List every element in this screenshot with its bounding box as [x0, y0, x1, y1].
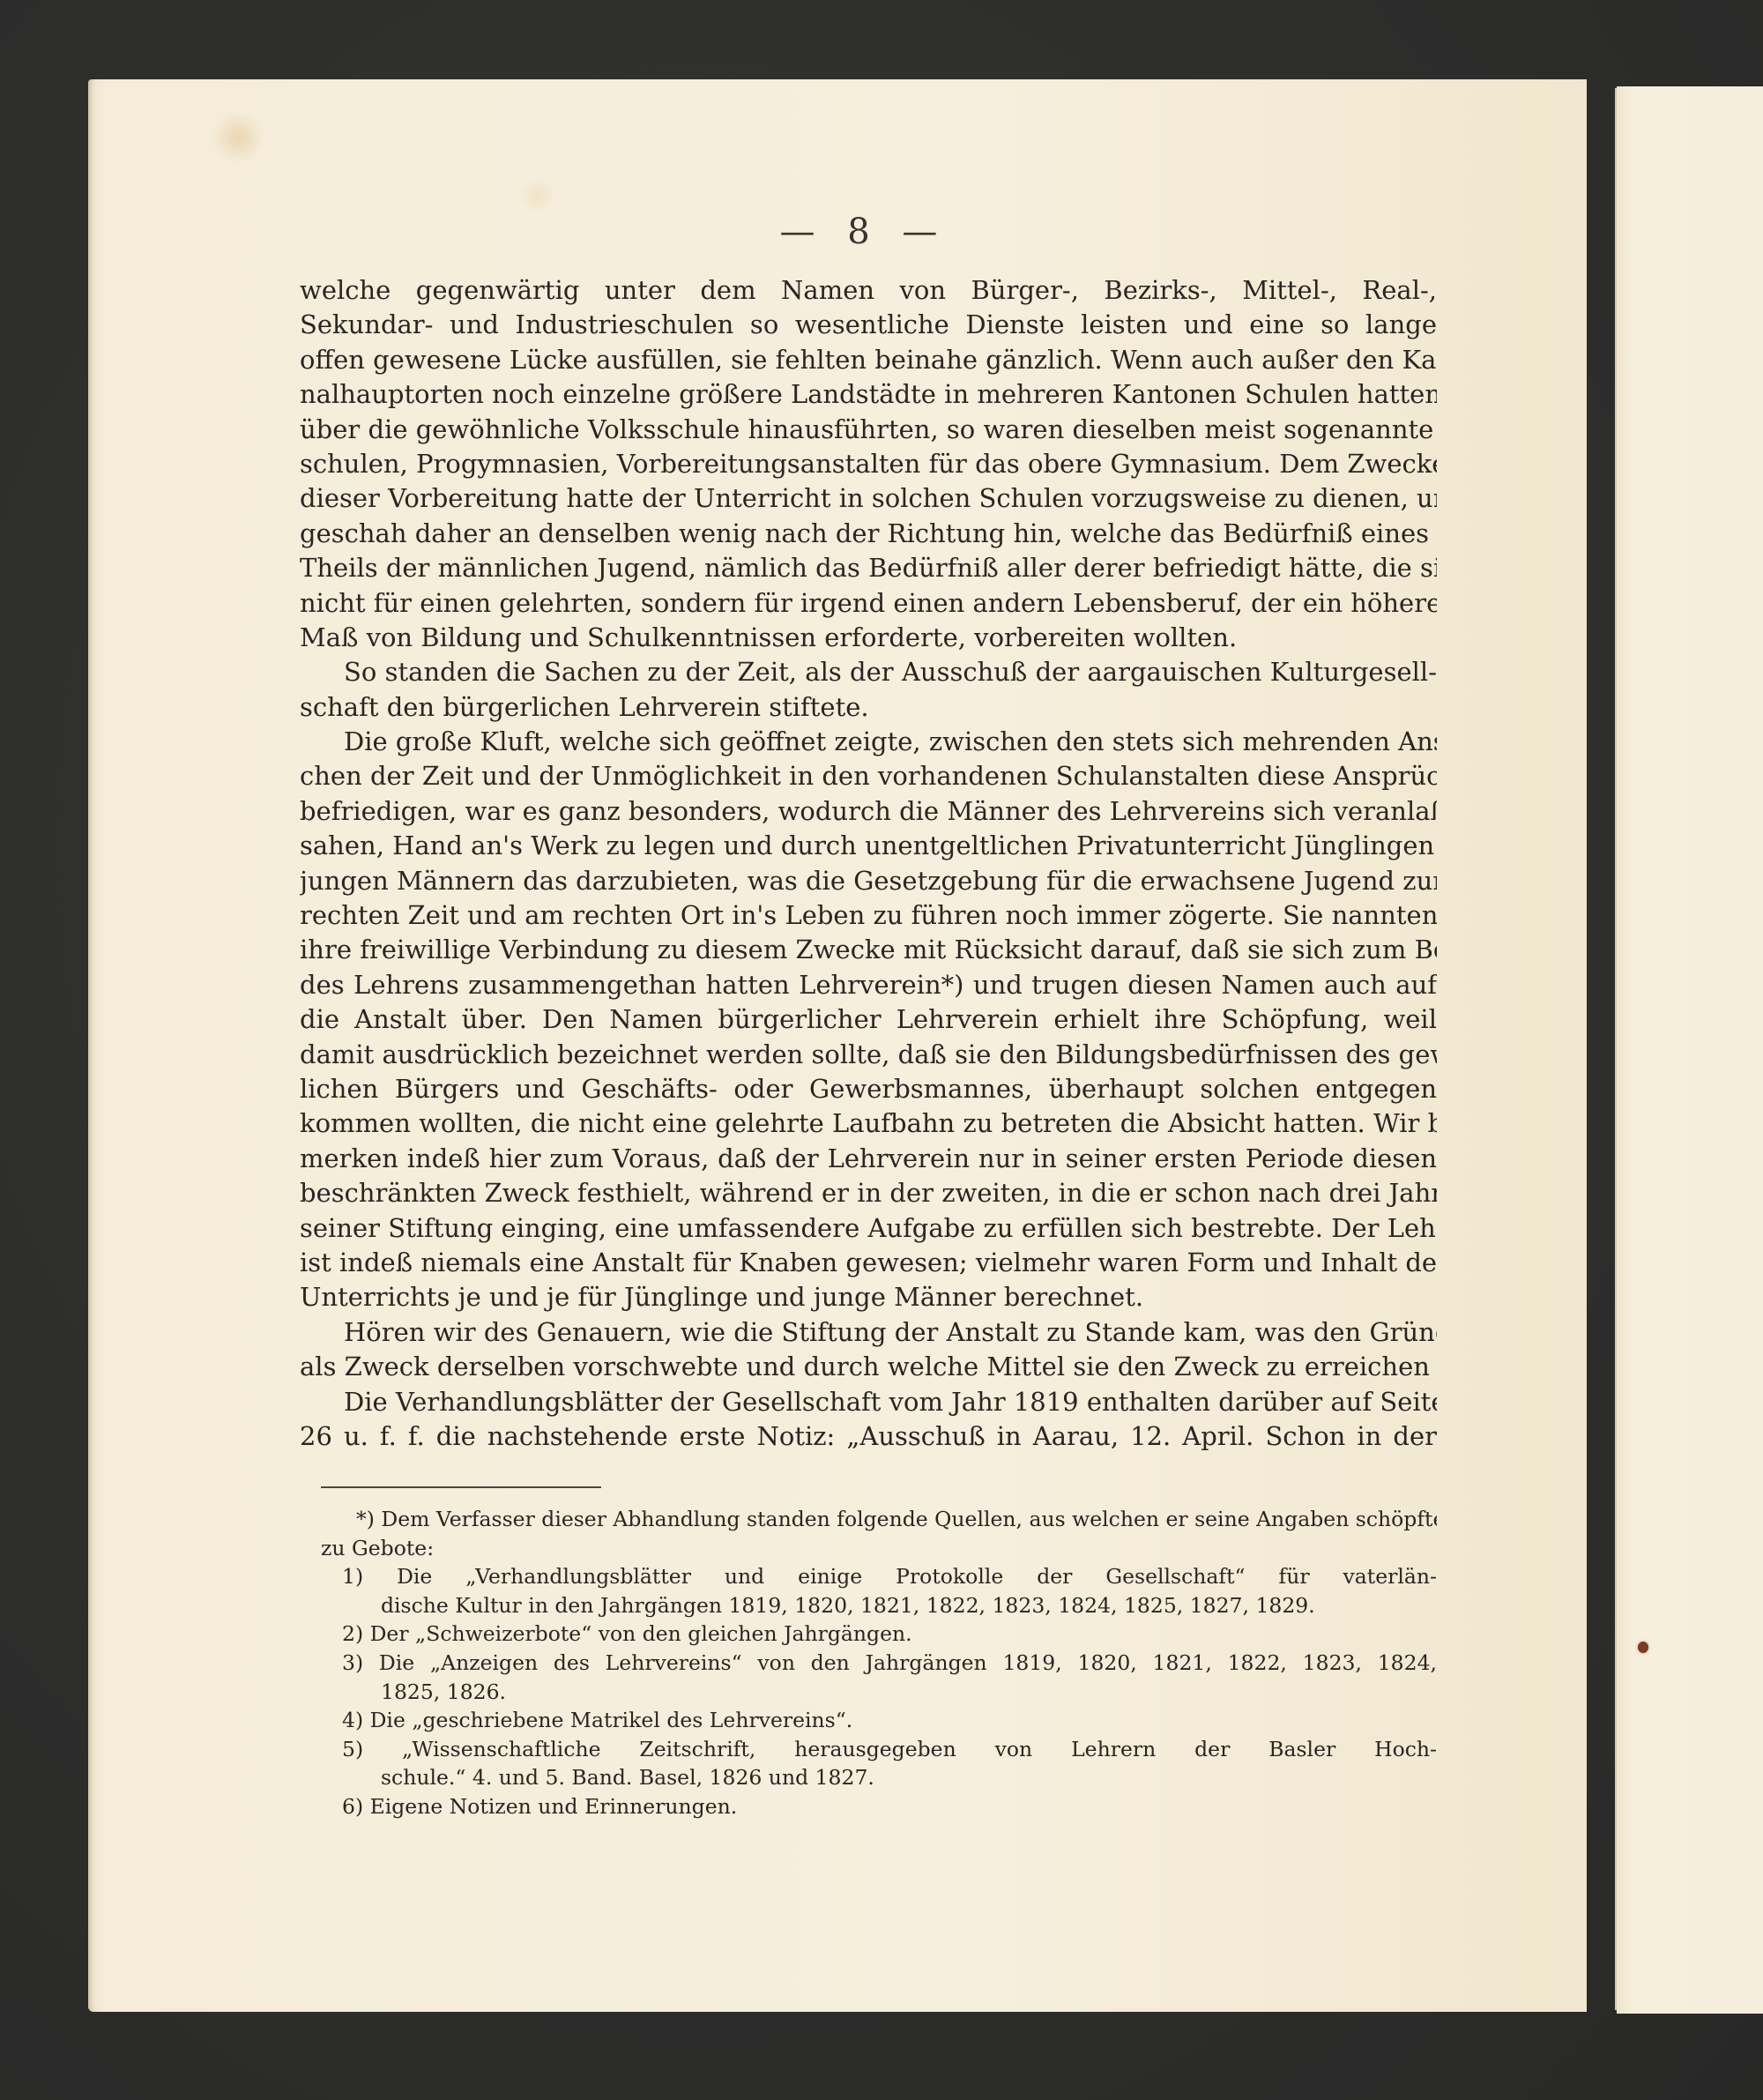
text-line: des Lehrens zusammengethan hatten Lehrve…: [300, 968, 1437, 1002]
footnote-line: 1825, 1826.: [321, 1678, 1437, 1707]
text-line: sahen, Hand an's Werk zu legen und durch…: [300, 829, 1437, 863]
text-line: ist indeß niemals eine Anstalt für Knabe…: [300, 1246, 1437, 1280]
footnote-line: 6) Eigene Notizen und Erinnerungen.: [321, 1792, 1437, 1821]
text-line: Sekundar- und Industrieschulen so wesent…: [300, 308, 1437, 342]
footnote-line: zu Gebote:: [321, 1534, 1437, 1563]
text-line: Theils der männlichen Jugend, nämlich da…: [300, 551, 1437, 585]
text-line: Hören wir des Genauern, wie die Stiftung…: [300, 1315, 1437, 1350]
text-line: rechten Zeit und am rechten Ort in's Leb…: [300, 898, 1437, 933]
text-line: offen gewesene Lücke ausfüllen, sie fehl…: [300, 343, 1437, 377]
text-line: als Zweck derselben vorschwebte und durc…: [300, 1350, 1437, 1384]
body-text: welche gegenwärtig unter dem Namen von B…: [300, 273, 1437, 1454]
text-line: beschränkten Zweck festhielt, während er…: [300, 1176, 1437, 1210]
text-line: geschah daher an denselben wenig nach de…: [300, 517, 1437, 551]
text-line: Unterrichts je und je für Jünglinge und …: [300, 1280, 1437, 1314]
text-line: Maß von Bildung und Schulkenntnissen erf…: [300, 621, 1437, 655]
footnote-line: 2) Der „Schweizerbote“ von den gleichen …: [321, 1620, 1437, 1649]
text-line: welche gegenwärtig unter dem Namen von B…: [300, 273, 1437, 308]
footnote-divider: [321, 1486, 601, 1488]
text-line: befriedigen, war es ganz besonders, wodu…: [300, 794, 1437, 829]
footnote-line: *) Dem Verfasser dieser Abhandlung stand…: [321, 1505, 1437, 1534]
footnote-line: 4) Die „geschriebene Matrikel des Lehrve…: [321, 1706, 1437, 1735]
page-edge-line: [1615, 88, 1617, 2010]
text-line: seiner Stiftung einging, eine umfassende…: [300, 1211, 1437, 1246]
text-line: chen der Zeit und der Unmöglichkeit in d…: [300, 759, 1437, 793]
footnote-line: 1) Die „Verhandlungsblätter und einige P…: [321, 1562, 1437, 1591]
text-line: dieser Vorbereitung hatte der Unterricht…: [300, 481, 1437, 516]
text-line: 26 u. f. f. die nachstehende erste Notiz…: [300, 1419, 1437, 1454]
text-line: über die gewöhnliche Volksschule hinausf…: [300, 413, 1437, 447]
footnote-line: 3) Die „Anzeigen des Lehrvereins“ von de…: [321, 1649, 1437, 1678]
text-line: damit ausdrücklich bezeichnet werden sol…: [300, 1038, 1437, 1072]
text-line: So standen die Sachen zu der Zeit, als d…: [300, 655, 1437, 689]
footnote-line: dische Kultur in den Jahrgängen 1819, 18…: [321, 1591, 1437, 1620]
text-line: Die Verhandlungsblätter der Gesellschaft…: [300, 1385, 1437, 1419]
text-line: schulen, Progymnasien, Vorbereitungsanst…: [300, 447, 1437, 481]
text-line: Die große Kluft, welche sich geöffnet ze…: [300, 725, 1437, 759]
foxing-spot: [1638, 1642, 1648, 1653]
text-line: merken indeß hier zum Voraus, daß der Le…: [300, 1142, 1437, 1176]
text-line: schaft den bürgerlichen Lehrverein stift…: [300, 690, 1437, 725]
footnote-line: schule.“ 4. und 5. Band. Basel, 1826 und…: [321, 1763, 1437, 1792]
text-line: ihre freiwillige Verbindung zu diesem Zw…: [300, 933, 1437, 967]
footnotes: *) Dem Verfasser dieser Abhandlung stand…: [321, 1505, 1437, 1821]
text-line: jungen Männern das darzubieten, was die …: [300, 864, 1437, 898]
text-line: kommen wollten, die nicht eine gelehrte …: [300, 1106, 1437, 1141]
book-page-right-edge: [1617, 86, 1763, 2014]
text-line: die Anstalt über. Den Namen bürgerlicher…: [300, 1002, 1437, 1037]
text-line: nicht für einen gelehrten, sondern für i…: [300, 586, 1437, 621]
footnote-line: 5) „Wissenschaftliche Zeitschrift, herau…: [321, 1735, 1437, 1764]
text-line: lichen Bürgers und Geschäfts- oder Gewer…: [300, 1072, 1437, 1106]
page-number: — 8 —: [0, 212, 1728, 252]
text-line: nalhauptorten noch einzelne größere Land…: [300, 377, 1437, 412]
